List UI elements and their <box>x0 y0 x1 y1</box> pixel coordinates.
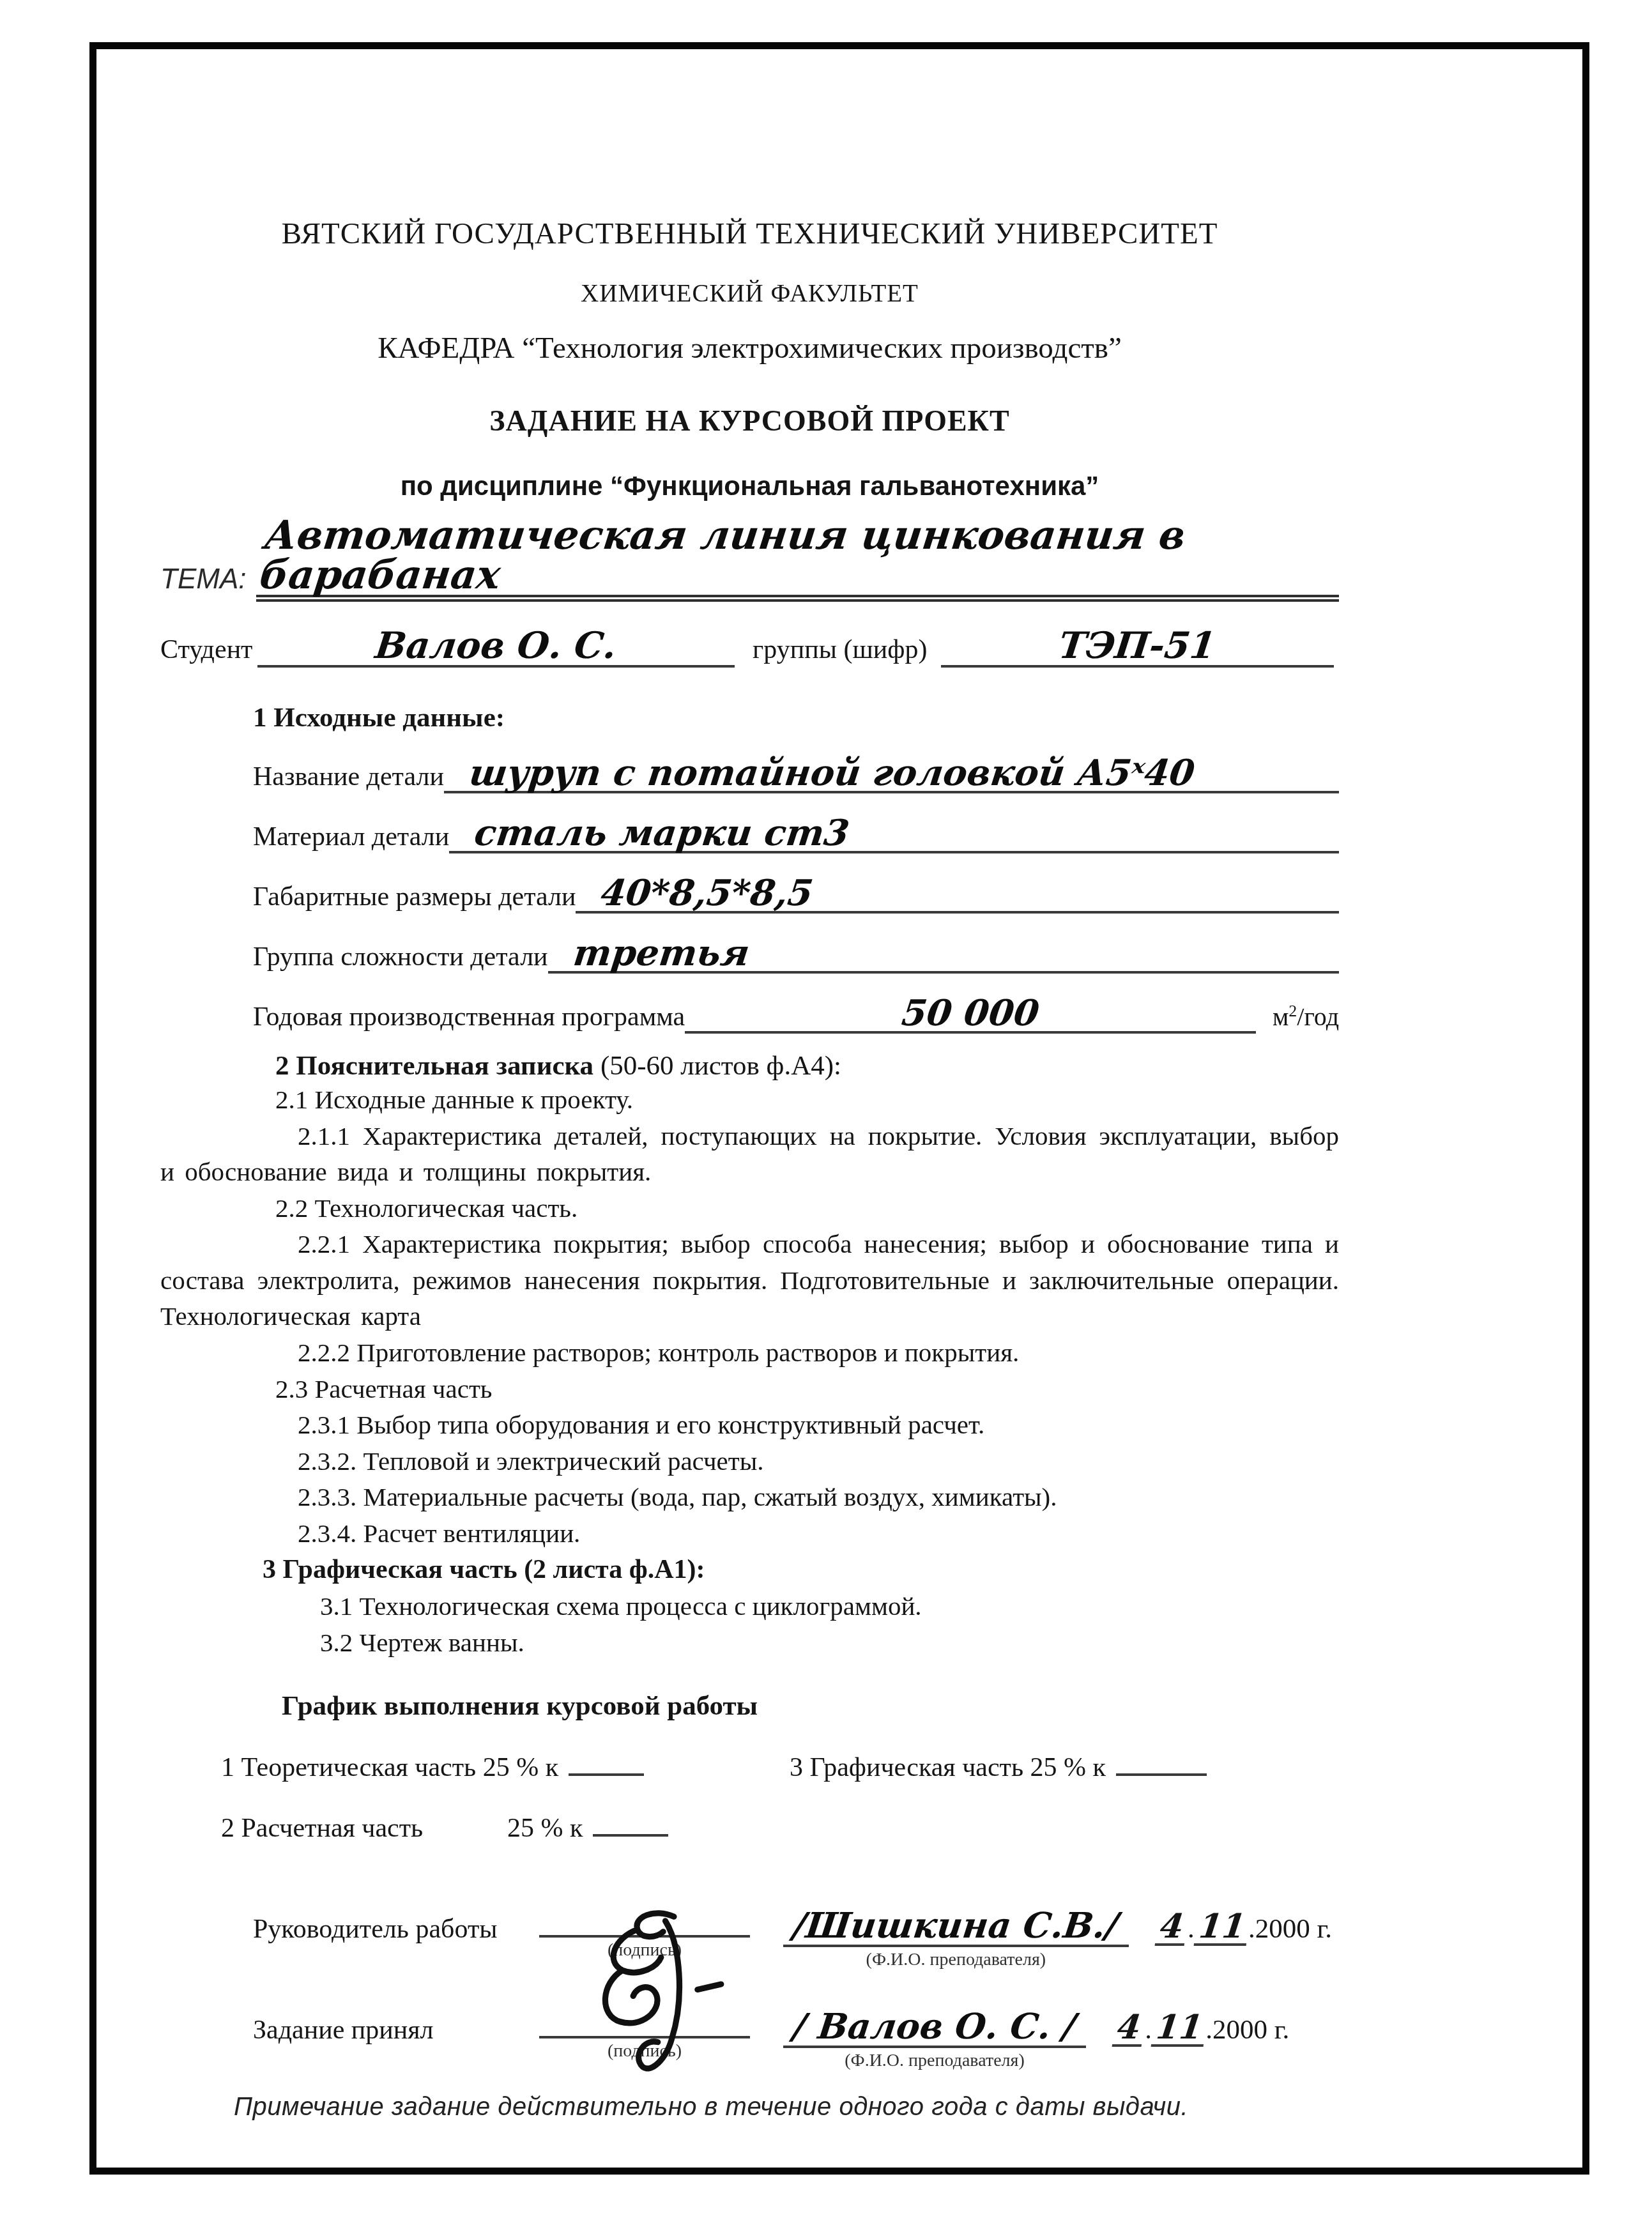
supervisor-name-field: /Шишкина С.В./(Ф.И.О. преподавателя) <box>783 1908 1129 1947</box>
student-signature-line: (подпись) <box>539 2012 750 2038</box>
validity-note: Примечание задание действительно в течен… <box>234 2093 1339 2122</box>
list-item: 2.1.1 Характеристика деталей, поступающи… <box>160 1118 1339 1190</box>
schedule-theoretical: 1 Теоретическая часть 25 % к <box>160 1750 790 1784</box>
field-handwritten-value: 50 000 <box>899 995 1041 1031</box>
unit-rest: /год <box>1297 1002 1339 1031</box>
document-title: ЗАДАНИЕ НА КУРСОВОЙ ПРОЕКТ <box>160 404 1339 438</box>
field-row-dimensions: Габаритные размеры детали 40*8,5*8,5 <box>253 875 1339 914</box>
student-row: Студент Валов О. С. группы (шифр) ТЭП-51 <box>160 627 1339 668</box>
field-underline: сталь марки ст3 <box>449 815 1339 853</box>
date-month-handwritten: 11 <box>1193 1910 1250 1946</box>
accepted-label: Задание принял <box>253 2015 539 2046</box>
field-handwritten-value: сталь марки ст3 <box>473 815 852 851</box>
student-name-handwritten: / Валов О. С. / <box>792 2008 1078 2044</box>
explanatory-heading-bold: 2 Пояснительная записка <box>275 1051 593 1081</box>
theme-row: ТЕМА: Автоматическая линия цинкования в … <box>160 516 1339 602</box>
blank-date-line <box>569 1750 644 1777</box>
schedule-theoretical-label: 1 Теоретическая часть 25 % к <box>221 1752 558 1783</box>
field-handwritten-value: 40*8,5*8,5 <box>599 875 815 911</box>
student-name-field: / Валов О. С. /(Ф.И.О. преподавателя) <box>783 2008 1086 2048</box>
student-name-underline: Валов О. С. <box>257 627 735 668</box>
field-row-part-name: Название детали шуруп с потайной головко… <box>253 755 1339 793</box>
list-item: 2.2.2 Приготовление растворов; контроль … <box>298 1335 1339 1371</box>
theme-underline: Автоматическая линия цинкования в бараба… <box>256 516 1339 602</box>
schedule-calculation-pct: 25 % к <box>507 1813 583 1844</box>
document-content: ВЯТСКИЙ ГОСУДАРСТВЕННЫЙ ТЕХНИЧЕСКИЙ УНИВ… <box>160 49 1339 2122</box>
list-item: 2.2.1 Характеристика покрытия; выбор спо… <box>160 1226 1339 1335</box>
graphic-part-heading: 3 Графическая часть (2 листа ф.А1): <box>263 1552 1339 1589</box>
date-year: .2000 г. <box>1205 2015 1289 2045</box>
field-row-material: Материал детали сталь марки ст3 <box>253 815 1339 853</box>
scanned-assignment-page: ВЯТСКИЙ ГОСУДАРСТВЕННЫЙ ТЕХНИЧЕСКИЙ УНИВ… <box>0 0 1652 2218</box>
date-day-handwritten: 4 <box>1112 2011 1145 2047</box>
field-label: Габаритные размеры детали <box>253 882 576 912</box>
schedule-graphic-label: 3 Графическая часть 25 % к <box>790 1752 1106 1783</box>
blank-date-line <box>1116 1750 1207 1777</box>
supervisor-label: Руководитель работы <box>253 1914 539 1945</box>
name-caption: (Ф.И.О. преподавателя) <box>866 1950 1046 1970</box>
field-row-annual-program: Годовая производственная программа 50 00… <box>253 995 1339 1034</box>
field-row-complexity: Группа сложности детали третья <box>253 935 1339 974</box>
theme-handwritten-value: Автоматическая линия цинкования в бараба… <box>258 516 1344 595</box>
explanatory-note-heading: 2 Пояснительная записка (50-60 листов ф.… <box>275 1050 1339 1082</box>
list-item: 2.1 Исходные данные к проекту. <box>275 1082 1339 1118</box>
field-underline: шуруп с потайной головкой А5ˣ40 <box>444 755 1339 793</box>
university-name: ВЯТСКИЙ ГОСУДАРСТВЕННЫЙ ТЕХНИЧЕСКИЙ УНИВ… <box>160 217 1339 251</box>
date-year: .2000 г. <box>1248 1914 1332 1944</box>
supervisor-signature-row: Руководитель работы (подпись) /Шишкина С… <box>160 1908 1339 1947</box>
list-item: 2.3.1 Выбор типа оборудования и его конс… <box>298 1407 1339 1443</box>
field-handwritten-value: шуруп с потайной головкой А5ˣ40 <box>467 755 1197 791</box>
list-item: 2.3.3. Материальные расчеты (вода, пар, … <box>298 1479 1339 1515</box>
unit-superscript: 2 <box>1289 1002 1297 1020</box>
blank-date-line <box>593 1810 668 1837</box>
schedule-calculation-label: 2 Расчетная часть <box>221 1813 507 1844</box>
list-item: 3.2 Чертеж ванны. <box>320 1625 1339 1661</box>
page-border-frame: ВЯТСКИЙ ГОСУДАРСТВЕННЫЙ ТЕХНИЧЕСКИЙ УНИВ… <box>89 42 1589 2175</box>
list-item: 2.3.4. Расчет вентиляции. <box>298 1515 1339 1552</box>
schedule-heading: График выполнения курсовой работы <box>282 1690 1339 1722</box>
unit-m2-per-year: м2/год <box>1273 1002 1339 1032</box>
supervisor-name-handwritten: /Шишкина С.В./ <box>792 1908 1121 1943</box>
unit-base: м <box>1273 1002 1289 1031</box>
field-underline: 50 000 <box>685 995 1256 1034</box>
date-day-handwritten: 4 <box>1154 1910 1188 1946</box>
faculty-name: ХИМИЧЕСКИЙ ФАКУЛЬТЕТ <box>160 279 1339 308</box>
date-month-handwritten: 11 <box>1151 2011 1207 2047</box>
initial-data-heading: 1 Исходные данные: <box>253 702 1339 733</box>
schedule-row-2: 2 Расчетная часть 25 % к <box>160 1810 1339 1844</box>
field-label: Материал детали <box>253 822 449 852</box>
field-underline: третья <box>548 935 1339 974</box>
theme-label: ТЕМА: <box>160 563 256 595</box>
schedule-row-1: 1 Теоретическая часть 25 % к 3 Графическ… <box>160 1750 1339 1784</box>
list-item: 2.3.2. Тепловой и электрический расчеты. <box>298 1443 1339 1480</box>
name-caption: (Ф.И.О. преподавателя) <box>845 2051 1025 2071</box>
signature-image <box>590 1902 740 2093</box>
field-label: Группа сложности детали <box>253 942 548 972</box>
field-label: Название детали <box>253 761 444 792</box>
field-underline: 40*8,5*8,5 <box>576 875 1339 914</box>
explanatory-heading-rest: (50-60 листов ф.А4): <box>593 1051 841 1081</box>
field-handwritten-value: третья <box>571 935 751 971</box>
list-item: 3.1 Технологическая схема процесса с цик… <box>320 1588 1339 1625</box>
discipline-line: по дисциплине “Функциональная гальваноте… <box>160 471 1339 501</box>
list-item: 2.3 Расчетная часть <box>275 1371 1339 1407</box>
group-underline: ТЭП-51 <box>941 627 1334 668</box>
list-item: 2.2 Технологическая часть. <box>275 1190 1339 1227</box>
group-label: группы (шифр) <box>740 634 936 665</box>
group-handwritten: ТЭП-51 <box>1057 627 1218 664</box>
supervisor-date: 4.11.2000 г. <box>1157 1910 1332 1946</box>
field-label: Годовая производственная программа <box>253 1002 685 1032</box>
schedule-graphic: 3 Графическая часть 25 % к <box>790 1750 1207 1784</box>
student-label: Студент <box>160 634 252 665</box>
department-name: КАФЕДРА “Технология электрохимических пр… <box>160 331 1339 365</box>
student-name-handwritten: Валов О. С. <box>374 627 619 664</box>
student-date: 4.11.2000 г. <box>1114 2011 1289 2047</box>
student-signature-row: Задание принял (подпись) / Валов О. С. /… <box>160 2008 1339 2048</box>
